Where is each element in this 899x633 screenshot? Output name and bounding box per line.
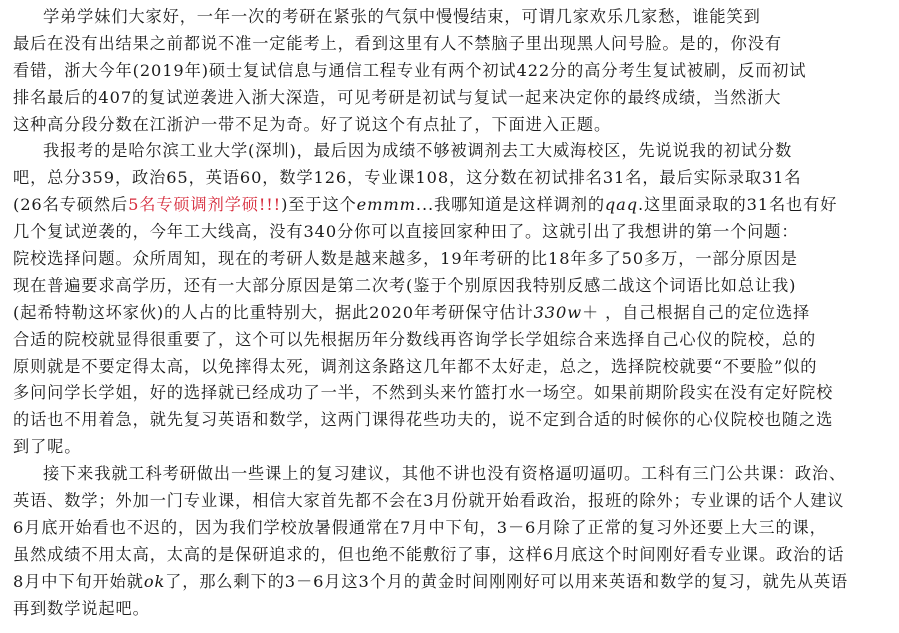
text-line: 到了呢。: [13, 434, 891, 461]
text-line: 几个复试逆袭的，今年工大线高，没有340分你可以直接回家种田了。这就引出了我想讲…: [13, 219, 891, 246]
text-span: 英语、数学；外加一门专业课，相信大家首先都不会在3月份就开始看政治，报班的除外；…: [13, 491, 844, 510]
text-line: 多问问学长学姐，好的选择就已经成功了一半，不然到头来竹篮打水一场空。如果前期阶段…: [13, 380, 891, 407]
text-span: (26名专硕然后: [13, 195, 128, 214]
text-span: .这里面录取的31名也有好: [638, 195, 837, 214]
text-span: 8月中下旬开始就: [13, 572, 144, 591]
text-span: 了，那么剩下的3－6月这3个月的黄金时间刚刚好可以用来英语和数学的复习，就先从英…: [165, 572, 848, 591]
text-span: ＋ ，自己根据自己的定位选择: [582, 303, 810, 322]
text-line: (26名专硕然后5名专硕调剂学硕!!!)至于这个emmm...我哪知道是这样调剂…: [13, 192, 891, 219]
text-line: 合适的院校就显得很重要了，这个可以先根据历年分数线再咨询学长学姐综合来选择自己心…: [13, 327, 891, 354]
text-line: 8月中下旬开始就ok了，那么剩下的3－6月这3个月的黄金时间刚刚好可以用来英语和…: [13, 569, 891, 596]
text-span: 原则就是不要定得太高，以免摔得太死，调剂这条路这几年都不太好走，总之，选择院校就…: [13, 357, 817, 376]
text-line: 院校选择问题。众所周知，现在的考研人数是越来越多，19年考研的比18年多了50多…: [13, 246, 891, 273]
italic-text: qaq: [605, 195, 638, 214]
text-span: 我报考的是哈尔滨工业大学(深圳)，最后因为成绩不够被调剂去工大威海校区，先说说我…: [43, 141, 792, 160]
text-line: 我报考的是哈尔滨工业大学(深圳)，最后因为成绩不够被调剂去工大威海校区，先说说我…: [13, 138, 891, 165]
highlighted-text: 5名专硕调剂学硕!!!: [128, 195, 281, 214]
text-span: 院校选择问题。众所周知，现在的考研人数是越来越多，19年考研的比18年多了50多…: [13, 249, 798, 268]
text-line: 虽然成绩不用太高，太高的是保研追求的，但也绝不能敷衍了事，这样6月底这个时间刚好…: [13, 542, 891, 569]
text-line: 现在普遍要求高学历，还有一大部分原因是第二次考(鉴于个别原因我特别反感二战这个词…: [13, 273, 891, 300]
text-line: 接下来我就工科考研做出一些课上的复习建议，其他不讲也没有资格逼叨逼叨。工科有三门…: [13, 461, 891, 488]
text-line: 排名最后的407的复试逆袭进入浙大深造，可见考研是初试与复试一起来决定你的最终成…: [13, 85, 891, 112]
text-line: (起希特勒这坏家伙)的人占的比重特别大，据此2020年考研保守估计330w＋ ，…: [13, 300, 891, 327]
text-span: 到了呢。: [13, 437, 81, 456]
text-line: 学弟学妹们大家好，一年一次的考研在紧张的气氛中慢慢结束，可谓几家欢乐几家愁，谁能…: [13, 4, 891, 31]
italic-text: ok: [144, 572, 165, 591]
text-line: 这种高分段分数在江浙沪一带不足为奇。好了说这个有点扯了，下面进入正题。: [13, 112, 891, 139]
text-span: 看错，浙大今年(2019年)硕士复试信息与通信工程专业有两个初试422分的高分考…: [13, 61, 806, 80]
text-span: 6月底开始看也不迟的，因为我们学校放暑假通常在7月中下旬，3－6月除了正常的复习…: [13, 518, 827, 537]
text-span: 多问问学长学姐，好的选择就已经成功了一半，不然到头来竹篮打水一场空。如果前期阶段…: [13, 383, 833, 402]
italic-text: 330w: [534, 303, 582, 322]
text-span: 几个复试逆袭的，今年工大线高，没有340分你可以直接回家种田了。这就引出了我想讲…: [13, 222, 798, 241]
text-line: 原则就是不要定得太高，以免摔得太死，调剂这条路这几年都不太好走，总之，选择院校就…: [13, 354, 891, 381]
text-line: 6月底开始看也不迟的，因为我们学校放暑假通常在7月中下旬，3－6月除了正常的复习…: [13, 515, 891, 542]
text-span: ...我哪知道是这样调剂的: [416, 195, 605, 214]
text-span: 接下来我就工科考研做出一些课上的复习建议，其他不讲也没有资格逼叨逼叨。工科有三门…: [43, 464, 846, 483]
text-span: )至于这个: [281, 195, 357, 214]
text-line: 再到数学说起吧。: [13, 596, 891, 623]
text-span: 的话也不用着急，就先复习英语和数学，这两门课得花些功夫的，说不定到合适的时候你的…: [13, 410, 833, 429]
text-span: 这种高分段分数在江浙沪一带不足为奇。好了说这个有点扯了，下面进入正题。: [13, 115, 611, 134]
text-span: 再到数学说起吧。: [13, 599, 150, 618]
text-span: (起希特勒这坏家伙)的人占的比重特别大，据此2020年考研保守估计: [13, 303, 534, 322]
text-line: 英语、数学；外加一门专业课，相信大家首先都不会在3月份就开始看政治，报班的除外；…: [13, 488, 891, 515]
text-span: 排名最后的407的复试逆袭进入浙大深造，可见考研是初试与复试一起来决定你的最终成…: [13, 88, 781, 107]
text-span: 现在普遍要求高学历，还有一大部分原因是第二次考(鉴于个别原因我特别反感二战这个词…: [13, 276, 796, 295]
document-body: 学弟学妹们大家好，一年一次的考研在紧张的气氛中慢慢结束，可谓几家欢乐几家愁，谁能…: [13, 4, 891, 622]
text-span: 合适的院校就显得很重要了，这个可以先根据历年分数线再咨询学长学姐综合来选择自己心…: [13, 330, 816, 349]
text-line: 最后在没有出结果之前都说不准一定能考上，看到这里有人不禁脑子里出现黑人问号脸。是…: [13, 31, 891, 58]
text-line: 的话也不用着急，就先复习英语和数学，这两门课得花些功夫的，说不定到合适的时候你的…: [13, 407, 891, 434]
text-span: 吧，总分359，政治65，英语60，数学126，专业课108，这分数在初试排名3…: [13, 168, 801, 187]
text-span: 虽然成绩不用太高，太高的是保研追求的，但也绝不能敷衍了事，这样6月底这个时间刚好…: [13, 545, 844, 564]
italic-text: emmm: [357, 195, 416, 214]
text-span: 学弟学妹们大家好，一年一次的考研在紧张的气氛中慢慢结束，可谓几家欢乐几家愁，谁能…: [43, 7, 761, 26]
text-line: 吧，总分359，政治65，英语60，数学126，专业课108，这分数在初试排名3…: [13, 165, 891, 192]
text-line: 看错，浙大今年(2019年)硕士复试信息与通信工程专业有两个初试422分的高分考…: [13, 58, 891, 85]
text-span: 最后在没有出结果之前都说不准一定能考上，看到这里有人不禁脑子里出现黑人问号脸。是…: [13, 34, 782, 53]
